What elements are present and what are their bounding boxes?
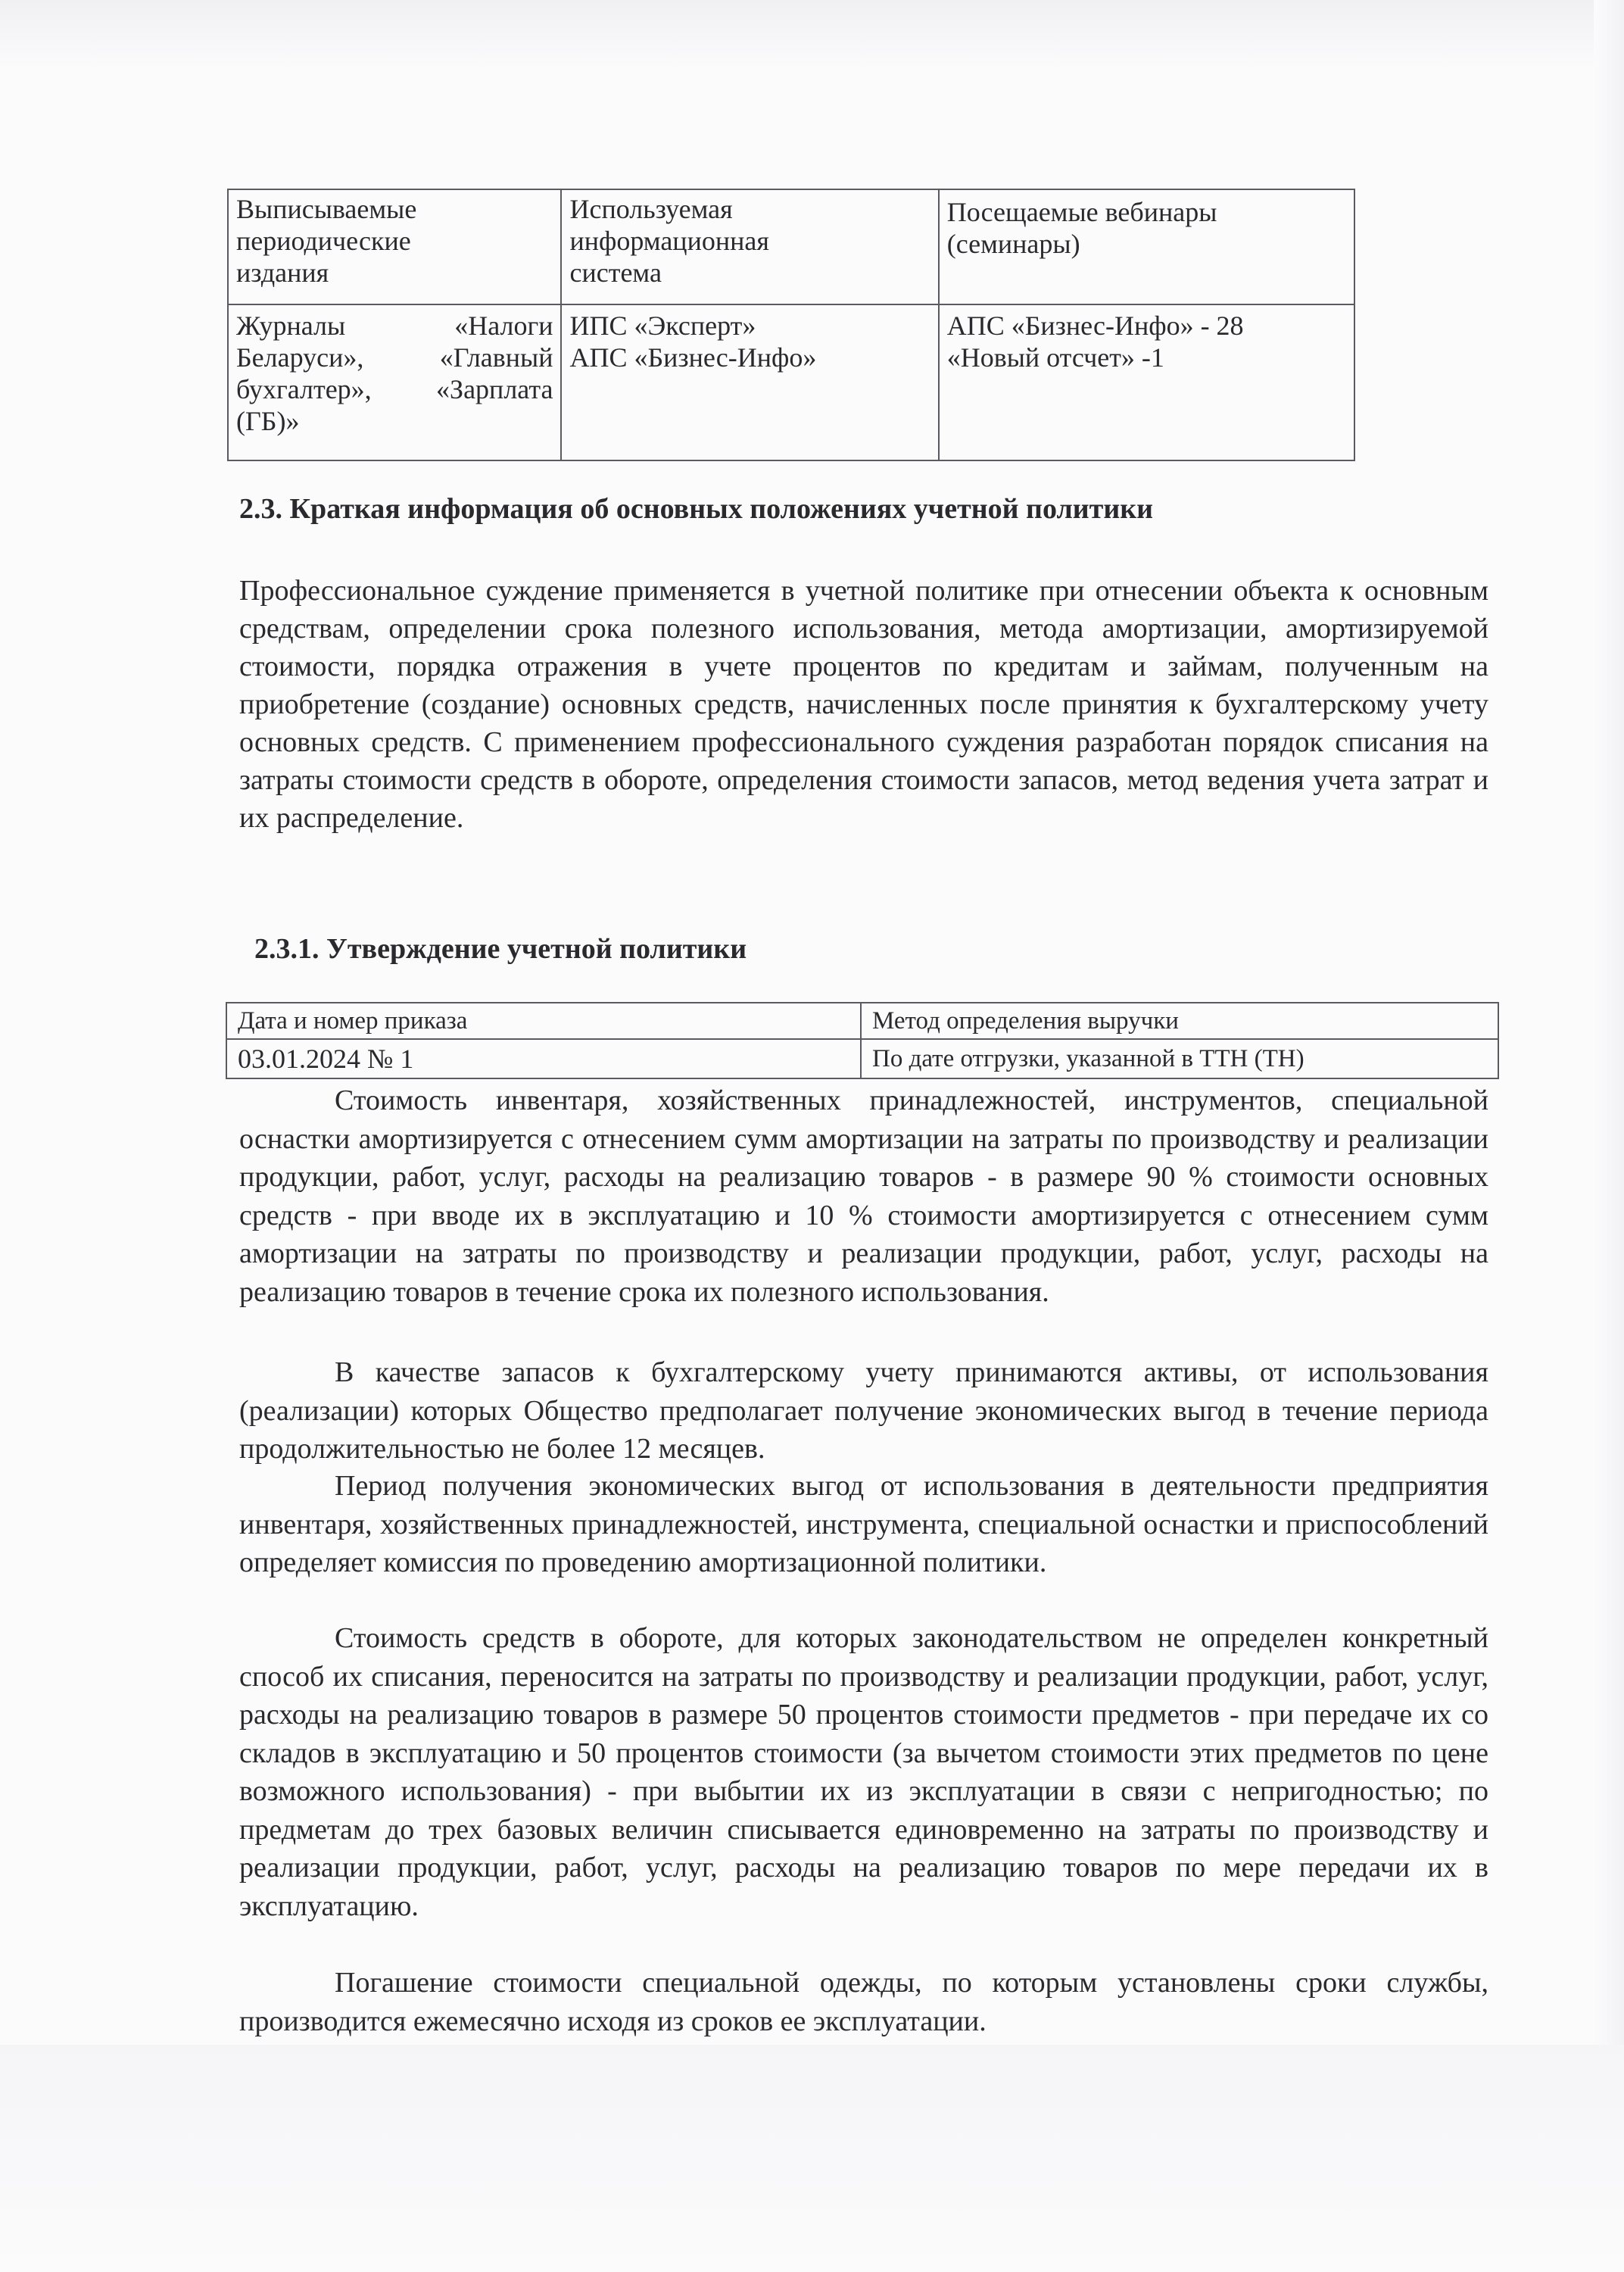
webinar-item: «Новый отсчет» -1	[947, 342, 1346, 373]
cell-revenue-method: По дате отгрузки, указанной в ТТН (ТН)	[861, 1039, 1498, 1078]
paragraph-inventory-amortization: Стоимость инвентаря, хозяйственных прина…	[239, 1081, 1488, 1311]
subsection-heading: 2.3.1. Утверждение учетной политики	[254, 931, 747, 967]
section-heading: 2.3. Краткая информация об основных поло…	[239, 491, 1153, 527]
header-webinars: Посещаемые вебинары (семинары)	[939, 189, 1354, 304]
paragraph-inventory-definition: В качестве запасов к бухгалтерскому учет…	[239, 1353, 1488, 1468]
paragraph-workwear: Погашение стоимости специальной одежды, …	[239, 1964, 1488, 2040]
periodicals-table: Выписываемые периодические издания Испол…	[227, 189, 1355, 461]
header-line: информационная	[569, 225, 930, 257]
table-header-row: Выписываемые периодические издания Испол…	[228, 189, 1354, 304]
header-line: (семинары)	[947, 228, 1346, 260]
info-system-item: АПС «Бизнес-Инфо»	[569, 342, 930, 373]
header-info-system: Используемая информационная система	[561, 189, 938, 304]
header-line: система	[569, 257, 930, 289]
header-line: издания	[236, 257, 553, 289]
policy-approval-table: Дата и номер приказа Метод определения в…	[226, 1002, 1499, 1079]
document-page: Выписываемые периодические издания Испол…	[0, 0, 1624, 2272]
header-line: Посещаемые вебинары	[947, 196, 1346, 228]
intro-paragraph: Профессиональное суждение применяется в …	[239, 572, 1488, 837]
header-line: Выписываемые	[236, 193, 553, 225]
paragraph-working-capital-writeoff: Стоимость средств в обороте, для которых…	[239, 1619, 1488, 1925]
cell-webinars: АПС «Бизнес-Инфо» - 28 «Новый отсчет» -1	[939, 304, 1354, 460]
cell-info-systems: ИПС «Эксперт» АПС «Бизнес-Инфо»	[561, 304, 938, 460]
header-revenue-method: Метод определения выручки	[861, 1003, 1498, 1039]
table-row: Журналы «Налоги Беларуси», «Главный бухг…	[228, 304, 1354, 460]
header-line: Используемая	[569, 193, 930, 225]
header-order-date-number: Дата и номер приказа	[226, 1003, 861, 1039]
table-header-row: Дата и номер приказа Метод определения в…	[226, 1003, 1498, 1039]
webinar-item: АПС «Бизнес-Инфо» - 28	[947, 310, 1346, 342]
info-system-item: ИПС «Эксперт»	[569, 310, 930, 342]
header-periodicals: Выписываемые периодические издания	[228, 189, 561, 304]
cell-periodicals: Журналы «Налоги Беларуси», «Главный бухг…	[228, 304, 561, 460]
cell-order-date-number: 03.01.2024 № 1	[226, 1039, 861, 1078]
header-line: периодические	[236, 225, 553, 257]
paragraph-benefit-period: Период получения экономических выгод от …	[239, 1467, 1488, 1582]
table-row: 03.01.2024 № 1 По дате отгрузки, указанн…	[226, 1039, 1498, 1078]
